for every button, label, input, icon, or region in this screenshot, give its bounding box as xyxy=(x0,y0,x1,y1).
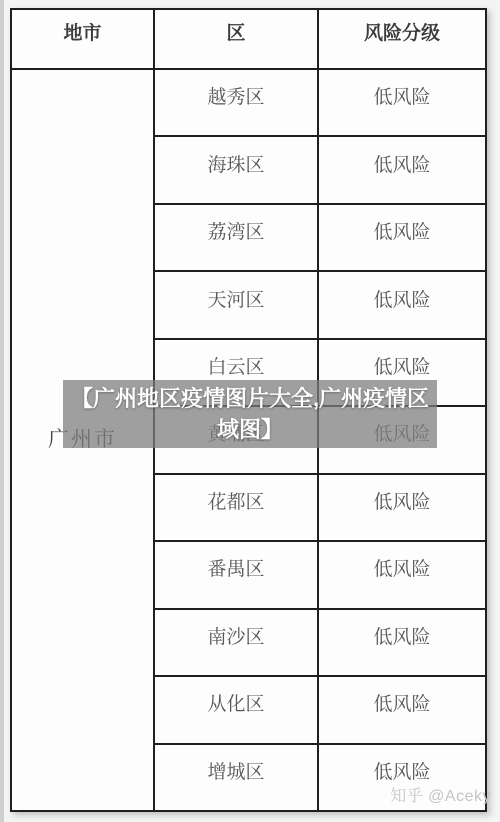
district-cell: 番禺区 xyxy=(155,542,317,607)
district-cell: 增城区 xyxy=(155,745,317,810)
district-cell: 越秀区 xyxy=(155,70,317,135)
caption-overlay: 【广州地区疫情图片大全,广州疫情区 域图】 xyxy=(63,380,437,448)
district-cell: 荔湾区 xyxy=(155,205,317,270)
risk-cell: 低风险 xyxy=(319,475,485,540)
risk-cell: 低风险 xyxy=(319,542,485,607)
caption-line-1: 【广州地区疫情图片大全,广州疫情区 xyxy=(71,383,429,414)
district-cell: 花都区 xyxy=(155,475,317,540)
header-district: 区 xyxy=(155,10,317,68)
district-cell: 南沙区 xyxy=(155,610,317,675)
risk-cell: 低风险 xyxy=(319,137,485,202)
risk-cell: 低风险 xyxy=(319,205,485,270)
caption-line-2: 域图】 xyxy=(217,414,283,445)
district-cell: 从化区 xyxy=(155,677,317,742)
header-risk-level: 风险分级 xyxy=(319,10,485,68)
district-cell: 海珠区 xyxy=(155,137,317,202)
risk-cell: 低风险 xyxy=(319,272,485,337)
header-city: 地市 xyxy=(12,10,153,68)
district-cell: 天河区 xyxy=(155,272,317,337)
risk-cell: 低风险 xyxy=(319,70,485,135)
risk-cell: 低风险 xyxy=(319,610,485,675)
risk-cell: 低风险 xyxy=(319,677,485,742)
zhihu-watermark: 知乎 @Aceky xyxy=(390,783,491,806)
screenshot-canvas: 地市 区 风险分级 广州市 越秀区 低风险 海珠区 低风险 荔湾区 低风险 天河… xyxy=(0,0,500,822)
